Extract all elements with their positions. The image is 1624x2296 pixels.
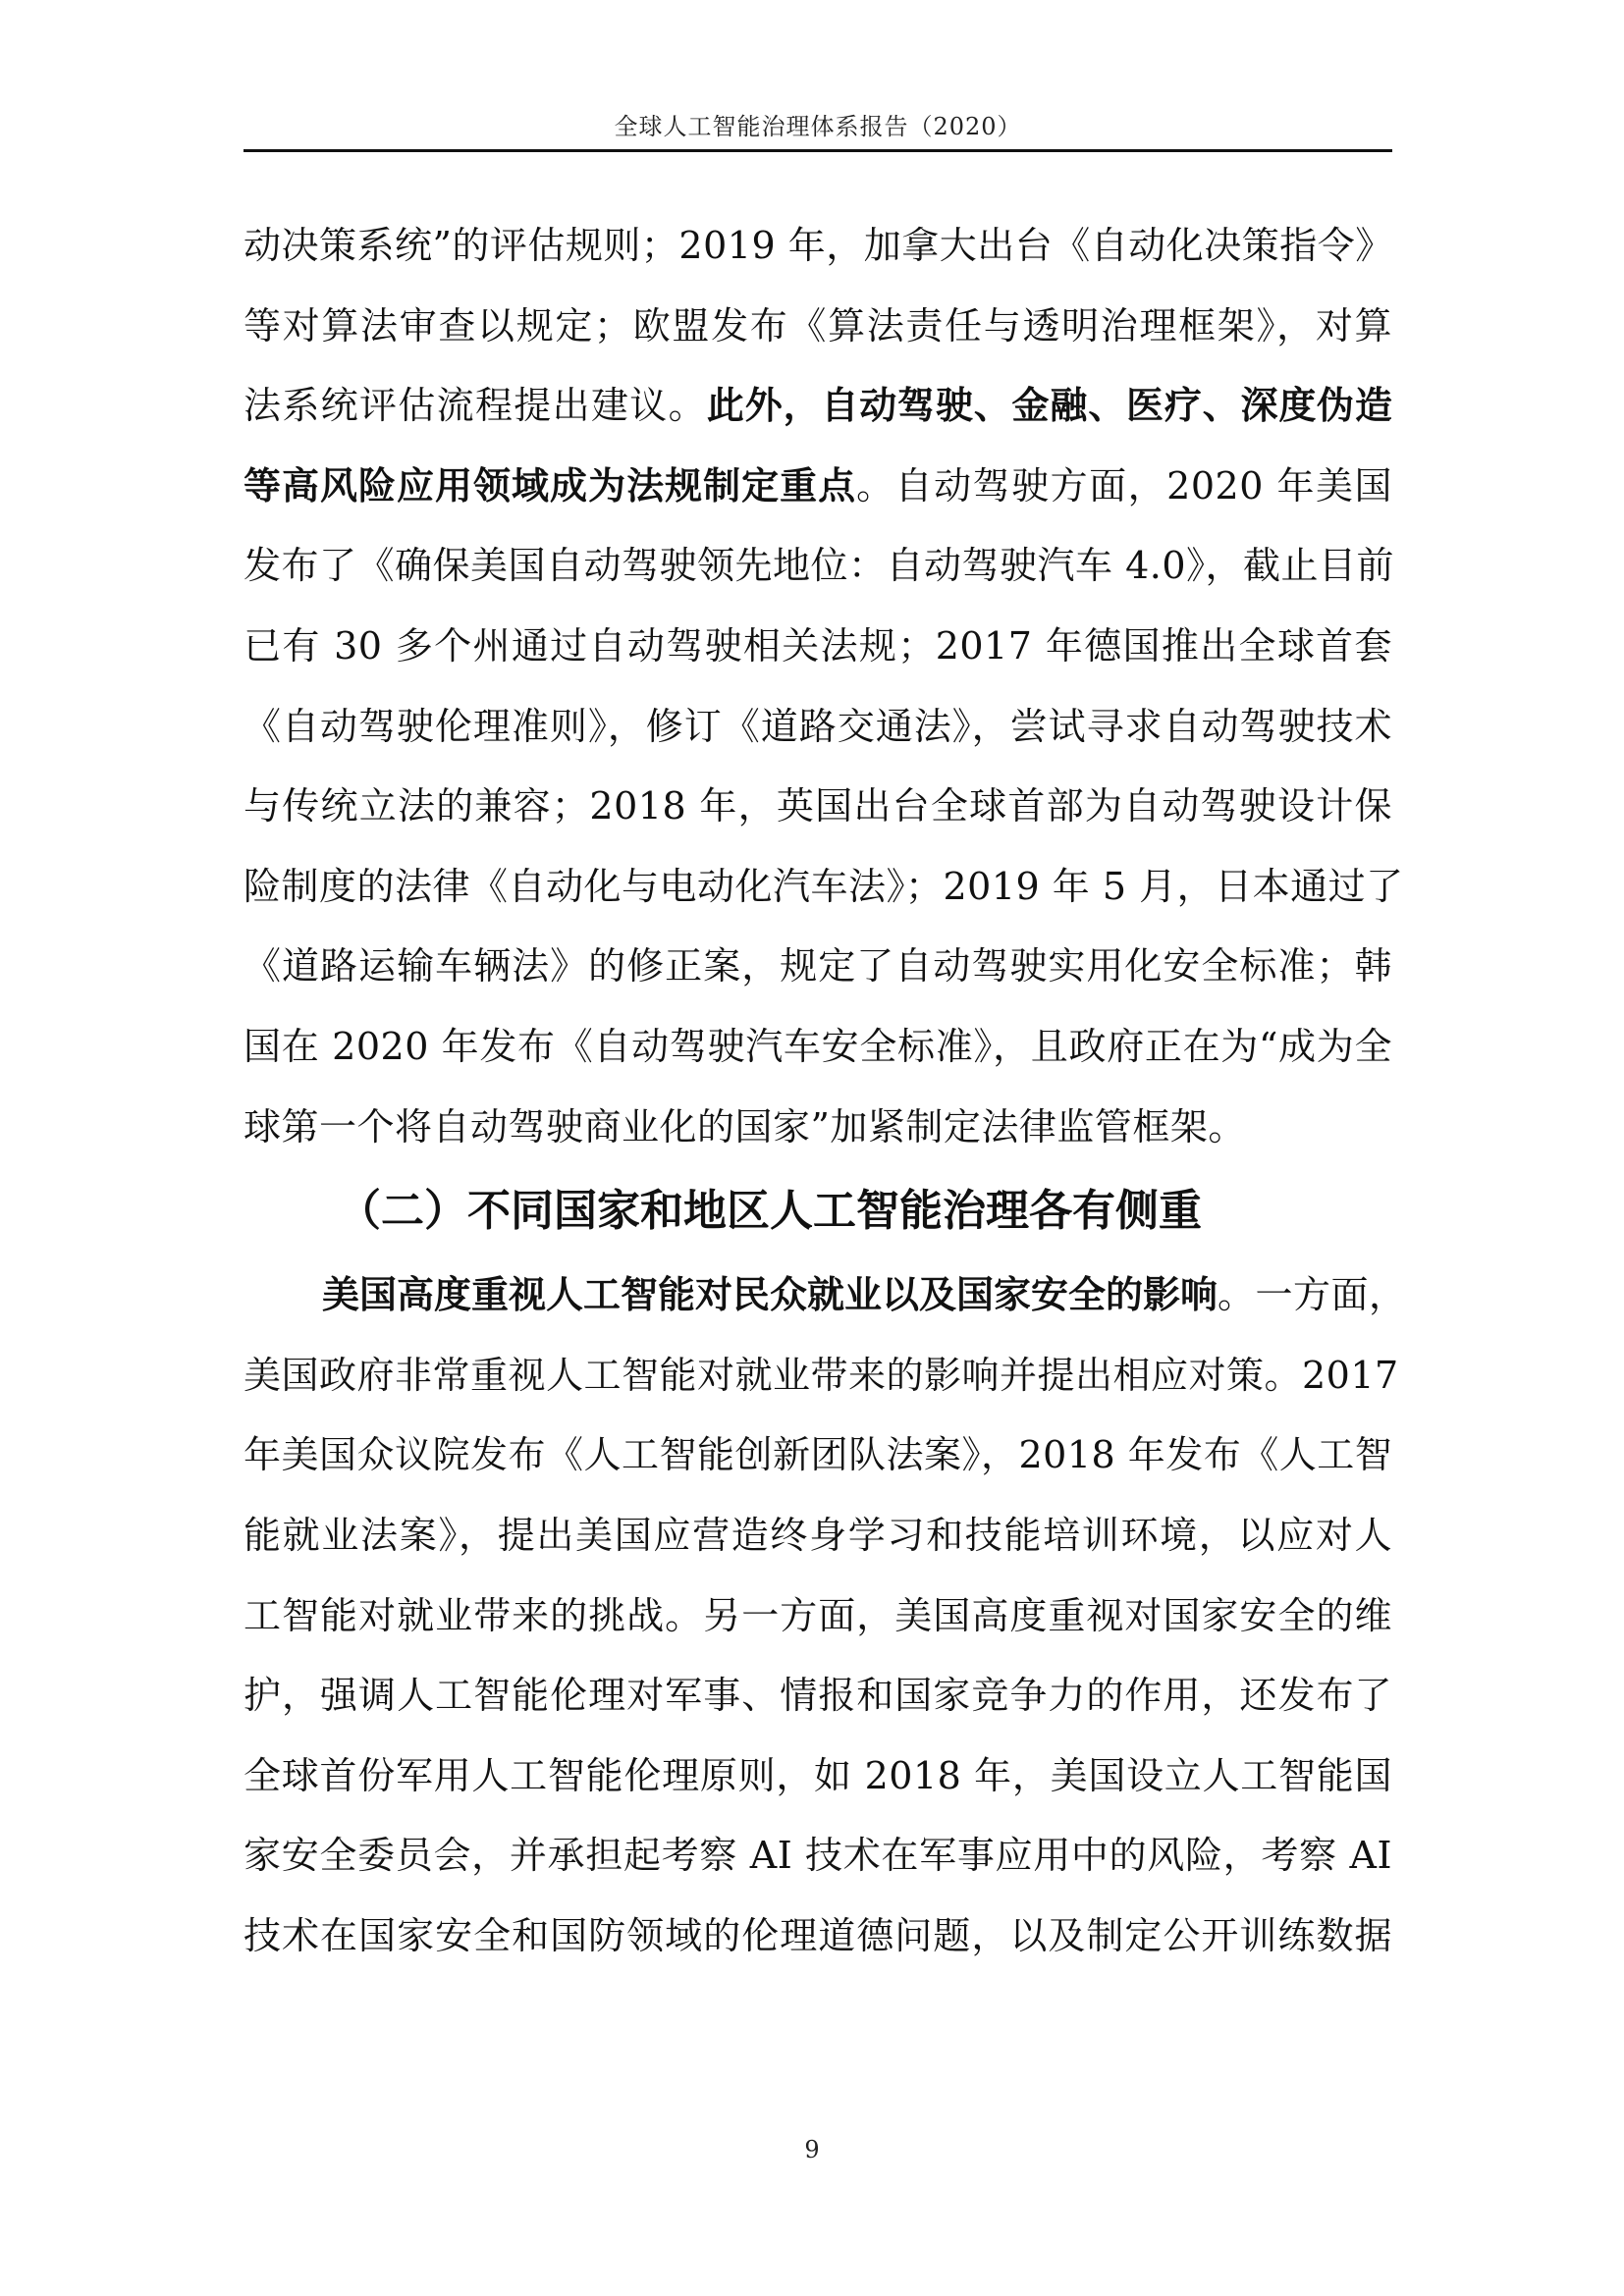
text-line: 能就业法案》，提出美国应营造终身学习和技能培训环境，以应对人 (244, 1496, 1392, 1576)
text-line: 国在 2020 年发布《自动驾驶汽车安全标准》，且政府正在为“成为全 (244, 1007, 1392, 1088)
text-line: 美国高度重视人工智能对民众就业以及国家安全的影响。一方面， (244, 1255, 1392, 1336)
text-line: 法系统评估流程提出建议。此外，自动驾驶、金融、医疗、深度伪造 (244, 366, 1392, 447)
text-line: 已有 30 多个州通过自动驾驶相关法规；2017 年德国推出全球首套 (244, 607, 1392, 687)
page-number: 9 (0, 2136, 1624, 2163)
emphasis-text: 此外，自动驾驶、金融、医疗、深度伪造 (707, 384, 1392, 427)
text-line: 动决策系统”的评估规则；2019 年，加拿大出台《自动化决策指令》 (244, 206, 1392, 287)
text-line: 险制度的法律《自动化与电动化汽车法》；2019 年 5 月，日本通过了 (244, 847, 1392, 928)
text-line: 与传统立法的兼容；2018 年，英国出台全球首部为自动驾驶设计保 (244, 767, 1392, 847)
header-rule (244, 149, 1392, 152)
text-line: 美国政府非常重视人工智能对就业带来的影响并提出相应对策。2017 (244, 1336, 1392, 1416)
document-body: 动决策系统”的评估规则；2019 年，加拿大出台《自动化决策指令》 等对算法审查… (244, 206, 1392, 1976)
text-line: 技术在国家安全和国防领域的伦理道德问题，以及制定公开训练数据 (244, 1896, 1392, 1977)
text-line: 全球首份军用人工智能伦理原则，如 2018 年，美国设立人工智能国 (244, 1736, 1392, 1817)
text-line: 工智能对就业带来的挑战。另一方面，美国高度重视对国家安全的维 (244, 1576, 1392, 1657)
text-line: 《道路运输车辆法》的修正案，规定了自动驾驶实用化安全标准；韩 (244, 927, 1392, 1007)
emphasis-text: 美国高度重视人工智能对民众就业以及国家安全的影响 (322, 1273, 1218, 1316)
text-line: 发布了《确保美国自动驾驶领先地位：自动驾驶汽车 4.0》，截止目前 (244, 526, 1392, 607)
text-line: 家安全委员会，并承担起考察 AI 技术在军事应用中的风险，考察 AI (244, 1816, 1392, 1896)
text-line: 等高风险应用领域成为法规制定重点。自动驾驶方面，2020 年美国 (244, 447, 1392, 527)
text-line: 年美国众议院发布《人工智能创新团队法案》，2018 年发布《人工智 (244, 1415, 1392, 1496)
text-line: 《自动驾驶伦理准则》，修订《道路交通法》，尝试寻求自动驾驶技术 (244, 687, 1392, 768)
text-line: 球第一个将自动驾驶商业化的国家”加紧制定法律监管框架。 (244, 1088, 1392, 1168)
text-line: 护，强调人工智能伦理对军事、情报和国家竞争力的作用，还发布了 (244, 1656, 1392, 1736)
emphasis-text: 等高风险应用领域成为法规制定重点 (244, 464, 856, 507)
text-line: 等对算法审查以规定；欧盟发布《算法责任与透明治理框架》，对算 (244, 287, 1392, 367)
running-header: 全球人工智能治理体系报告（2020） (244, 110, 1392, 143)
section-heading: （二）不同国家和地区人工智能治理各有侧重 (244, 1167, 1392, 1255)
